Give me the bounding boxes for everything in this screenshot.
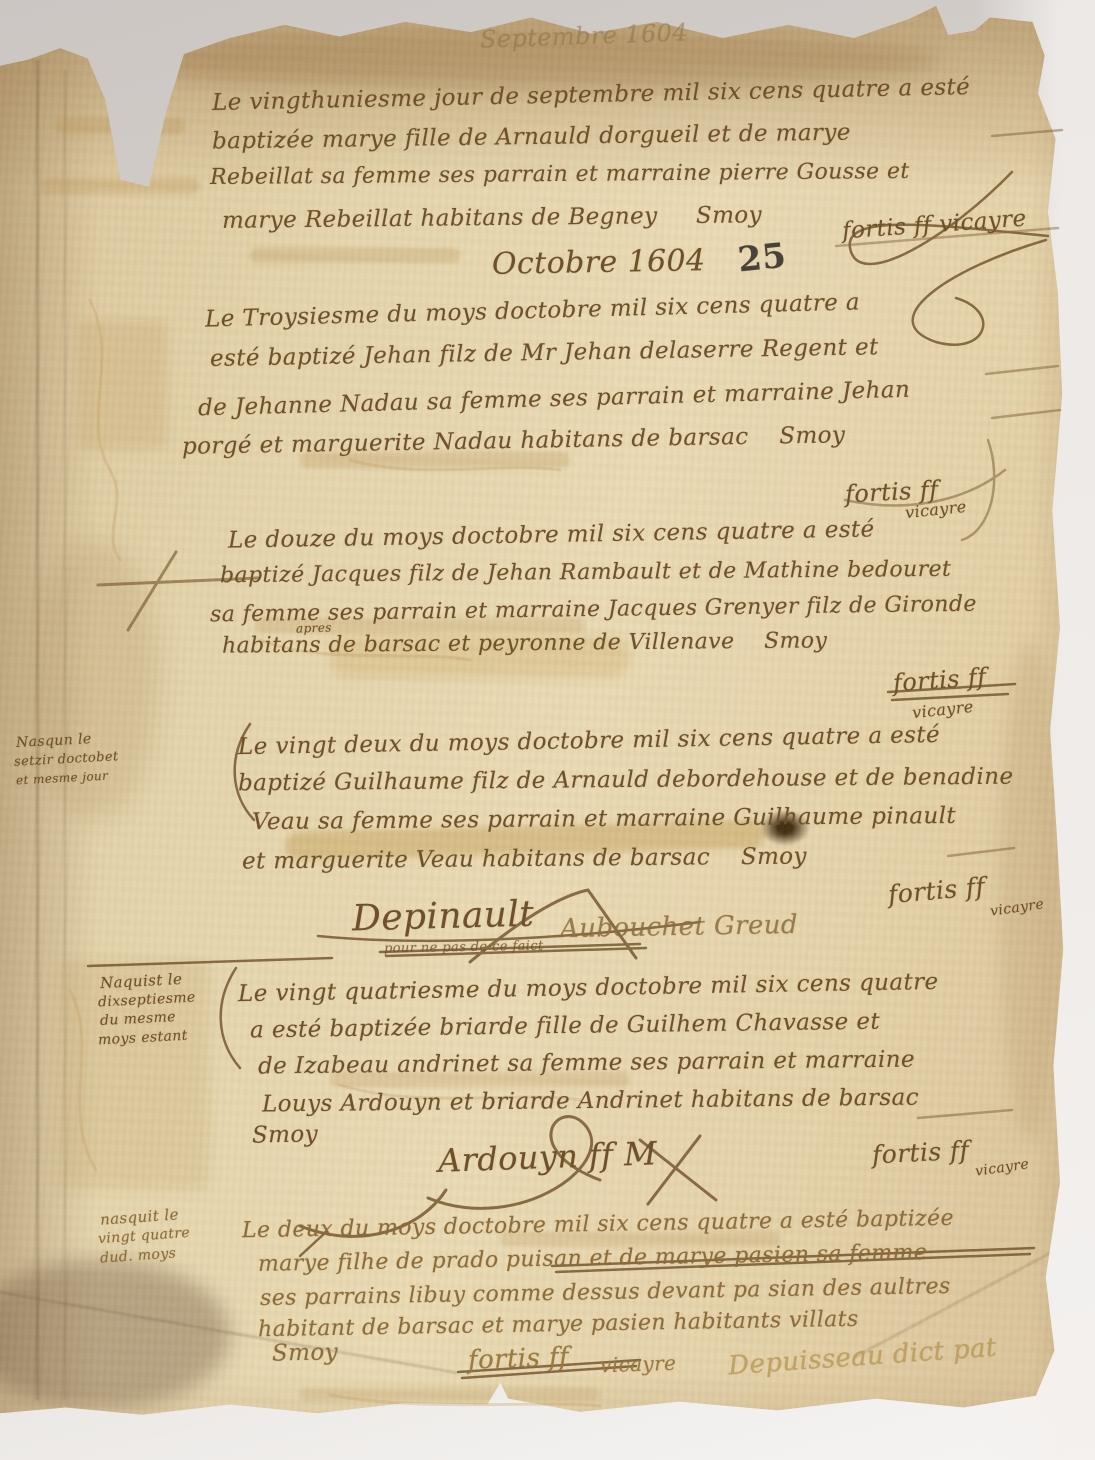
showthrough-5 bbox=[78, 320, 168, 450]
page-number-annotation: 25 bbox=[736, 236, 788, 281]
entry4-line4: et marguerite Veau habitans de barsac Sm… bbox=[242, 844, 807, 875]
entry4-struck-note: pour ne pas de ce faict bbox=[384, 939, 544, 957]
manuscript-photo: Septembre 1604 Le vingthuniesme jour de … bbox=[0, 0, 1095, 1460]
stain-right-edge bbox=[1000, 640, 1060, 1140]
showthrough-10 bbox=[300, 1388, 600, 1401]
entry4-signature-depinault: Depinault bbox=[351, 894, 534, 940]
entry6-line5: Smoy bbox=[272, 1339, 338, 1366]
entry6-priest-title: vicayre bbox=[600, 1351, 677, 1378]
entry5-signature-ardouyn: Ardouyn ff M bbox=[437, 1134, 657, 1180]
binding-crease-1 bbox=[36, 60, 39, 1400]
entry5-line5: Smoy bbox=[252, 1121, 318, 1148]
stain-bottom-left bbox=[0, 1260, 230, 1410]
entry5-priest-signature: fortis ff bbox=[871, 1135, 970, 1169]
showthrough-3 bbox=[250, 248, 460, 263]
month-header-october: Octobre 1604 bbox=[492, 243, 706, 282]
entry6-priest-signature: fortis ff bbox=[468, 1342, 570, 1376]
entry3-line4: habitans de barsac et peyronne de Villen… bbox=[222, 628, 827, 658]
entry4-signature-aubouchet: Aubouchet Greud bbox=[560, 910, 798, 944]
showthrough-2 bbox=[40, 178, 200, 194]
